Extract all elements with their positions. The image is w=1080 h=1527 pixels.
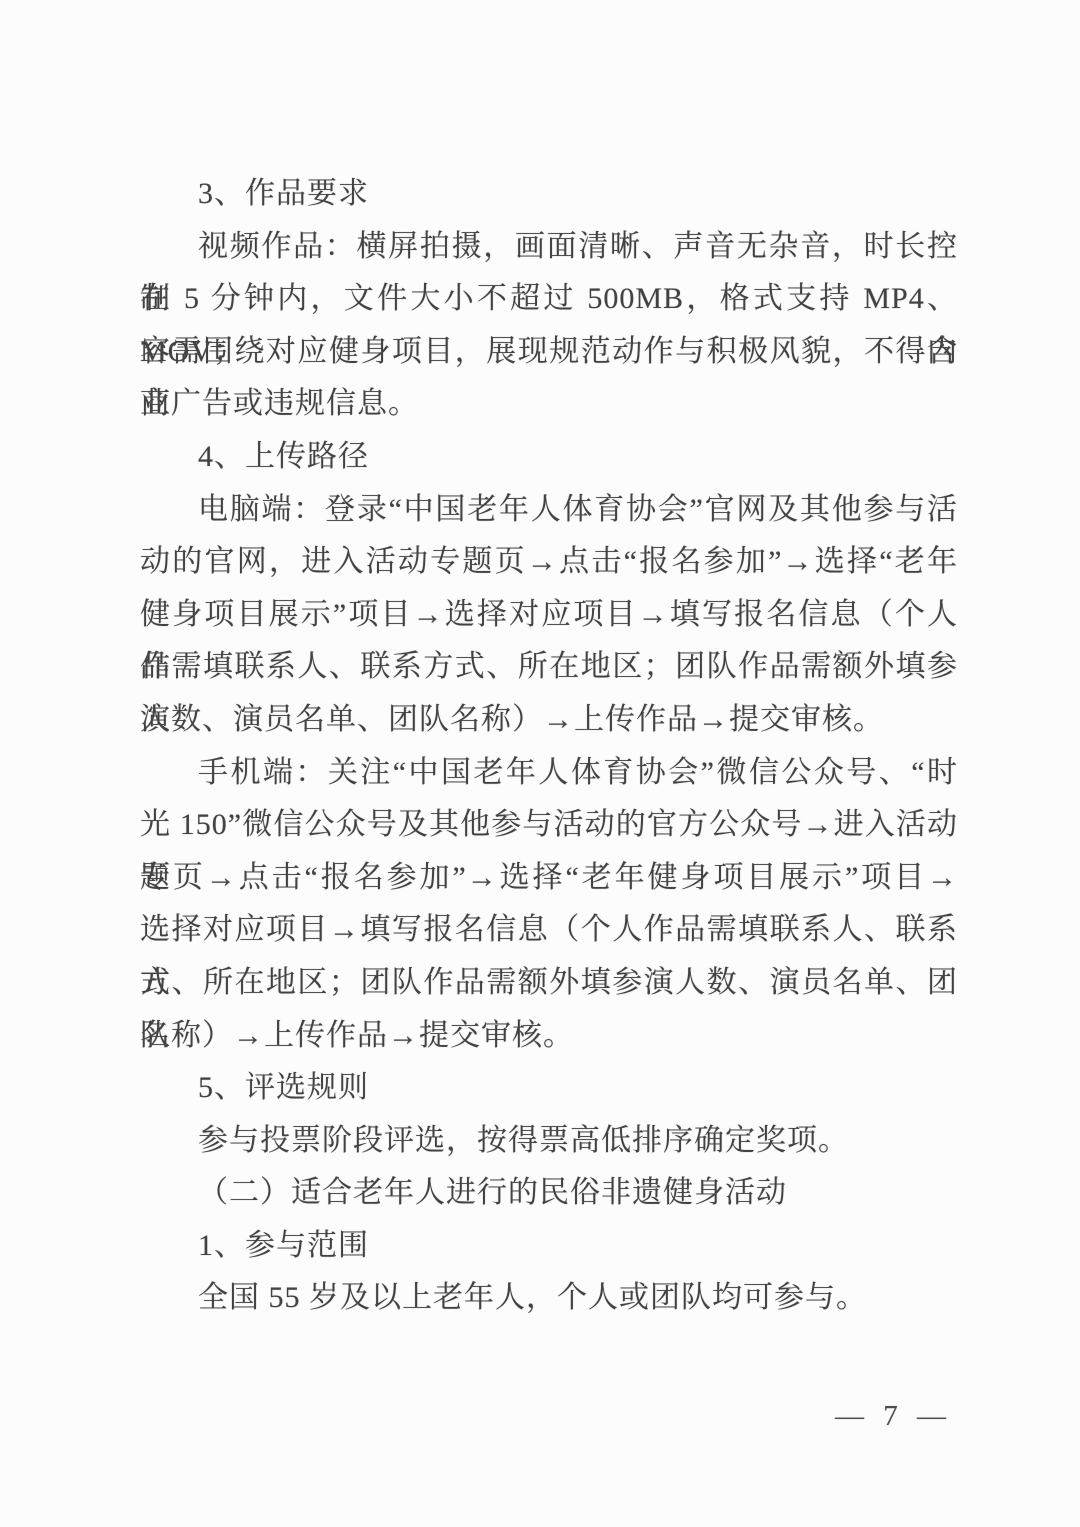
heading-upload-path: 4、上传路径 xyxy=(140,431,958,484)
text-line: 手机端：关注“中国老年人体育协会”微信公众号、“时 xyxy=(140,747,958,800)
document-body: 3、作品要求 视频作品：横屏拍摄，画面清晰、声音无杂音，时长控制 在 5 分钟内… xyxy=(140,168,958,1325)
text-line: 全国 55 岁及以上老年人，个人或团队均可参与。 xyxy=(140,1272,958,1325)
text-line: 业广告或违规信息。 xyxy=(140,378,958,431)
text-line: 人数、演员名单、团队名称）→上传作品→提交审核。 xyxy=(140,694,958,747)
text-line: 容需围绕对应健身项目，展现规范动作与积极风貌，不得含商 xyxy=(140,326,958,379)
text-line: 名称）→上传作品→提交审核。 xyxy=(140,1010,958,1063)
text-line: 动的官网，进入活动专题页→点击“报名参加”→选择“老年 xyxy=(140,536,958,589)
text-line: 参与投票阶段评选，按得票高低排序确定奖项。 xyxy=(140,1115,958,1168)
text-line: 题页→点击“报名参加”→选择“老年健身项目展示”项目→ xyxy=(140,852,958,905)
heading-works-requirements: 3、作品要求 xyxy=(140,168,958,221)
heading-participation-scope: 1、参与范围 xyxy=(140,1220,958,1273)
text-line: 选择对应项目→填写报名信息（个人作品需填联系人、联系方 xyxy=(140,904,958,957)
text-line: 电脑端：登录“中国老年人体育协会”官网及其他参与活 xyxy=(140,484,958,537)
document-page: 3、作品要求 视频作品：横屏拍摄，画面清晰、声音无杂音，时长控制 在 5 分钟内… xyxy=(0,0,1080,1527)
text-line: 健身项目展示”项目→选择对应项目→填写报名信息（个人作 xyxy=(140,589,958,642)
page-number: — 7 — xyxy=(835,1400,952,1433)
text-line: 在 5 分钟内，文件大小不超过 500MB，格式支持 MP4、MOV；内 xyxy=(140,273,958,326)
text-line: 视频作品：横屏拍摄，画面清晰、声音无杂音，时长控制 xyxy=(140,221,958,274)
text-line: 光 150”微信公众号及其他参与活动的官方公众号→进入活动专 xyxy=(140,799,958,852)
heading-selection-rules: 5、评选规则 xyxy=(140,1062,958,1115)
text-line: 品需填联系人、联系方式、所在地区；团队作品需额外填参演 xyxy=(140,641,958,694)
heading-section-two: （二）适合老年人进行的民俗非遗健身活动 xyxy=(140,1167,958,1220)
text-line: 式、所在地区；团队作品需额外填参演人数、演员名单、团队 xyxy=(140,957,958,1010)
